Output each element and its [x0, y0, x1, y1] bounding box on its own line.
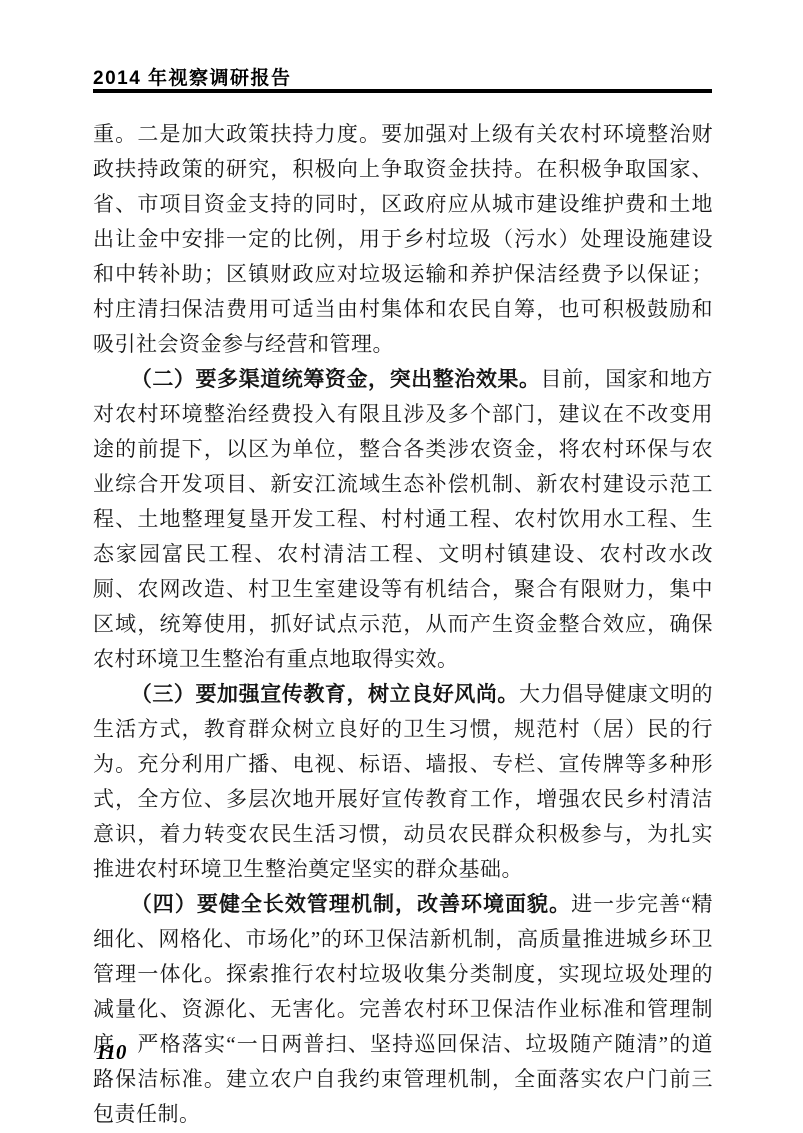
report-header-title: 2014 年视察调研报告	[93, 68, 292, 89]
section-4-heading: （四）要健全长效管理机制，改善环境面貌。	[131, 893, 571, 916]
paragraph-text: 大力倡导健康文明的生活方式，教育群众树立良好的卫生习惯，规范村（居）民的行为。充…	[93, 682, 713, 881]
paragraph-text: 进一步完善“精细化、网格化、市场化”的环卫保洁新机制，高质量推进城乡环卫管理一体…	[93, 892, 713, 1126]
paragraph-text: 目前，国家和地方对农村环境整治经费投入有限且涉及多个部门，建议在不改变用途的前提…	[93, 367, 713, 671]
paragraph-section-3: （三）要加强宣传教育，树立良好风尚。大力倡导健康文明的生活方式，教育群众树立良好…	[93, 677, 713, 887]
document-body: 重。二是加大政策扶持力度。要加强对上级有关农村环境整治财政扶持政策的研究，积极向…	[93, 117, 713, 1132]
paragraph-text: 重。二是加大政策扶持力度。要加强对上级有关农村环境整治财政扶持政策的研究，积极向…	[93, 122, 713, 356]
header-rule	[93, 89, 712, 93]
paragraph-section-4: （四）要健全长效管理机制，改善环境面貌。进一步完善“精细化、网格化、市场化”的环…	[93, 887, 713, 1132]
document-page: 2014 年视察调研报告 重。二是加大政策扶持力度。要加强对上级有关农村环境整治…	[0, 0, 803, 1133]
page-number: 110	[96, 1040, 126, 1065]
section-3-heading: （三）要加强宣传教育，树立良好风尚。	[131, 683, 519, 706]
page-header: 2014 年视察调研报告	[93, 63, 292, 90]
paragraph-section-2: （二）要多渠道统筹资金，突出整治效果。目前，国家和地方对农村环境整治经费投入有限…	[93, 362, 713, 677]
paragraph-continuation: 重。二是加大政策扶持力度。要加强对上级有关农村环境整治财政扶持政策的研究，积极向…	[93, 117, 713, 362]
section-2-heading: （二）要多渠道统筹资金，突出整治效果。	[131, 368, 541, 391]
